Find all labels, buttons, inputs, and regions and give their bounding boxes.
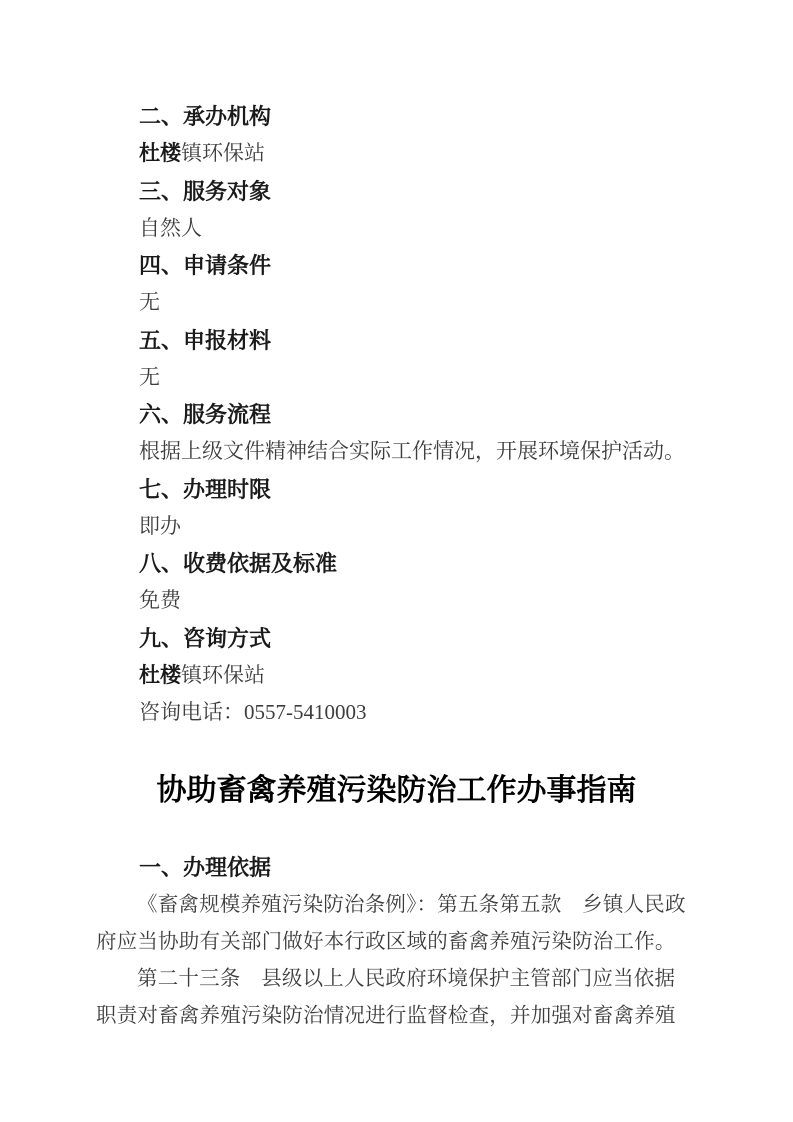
section-value-consult-agency: 杜楼镇环保站: [96, 657, 697, 694]
section-heading-basis: 一、办理依据: [96, 849, 697, 886]
agency-name-rest: 镇环保站: [181, 141, 265, 165]
section-value-apply-conditions: 无: [96, 284, 697, 321]
section-value-consult-phone: 咨询电话：0557-5410003: [96, 694, 697, 731]
section-value-materials: 无: [96, 359, 697, 396]
section-heading-5: 五、申报材料: [96, 322, 697, 359]
document-page: { "colors": { "background": "#ffffff", "…: [0, 0, 793, 1122]
section-heading-2: 二、承办机构: [96, 98, 697, 135]
section-value-agency: 杜楼镇环保站: [96, 135, 697, 172]
section-value-service-target: 自然人: [96, 210, 697, 247]
legal-paragraph-2: 第二十三条 县级以上人民政府环境保护主管部门应当依据 职责对畜禽养殖污染防治情况…: [96, 961, 697, 1036]
doc-title: 协助畜禽养殖污染防治工作办事指南: [96, 773, 697, 809]
section-heading-8: 八、收费依据及标准: [96, 545, 697, 582]
document-body: 二、承办机构 杜楼镇环保站 三、服务对象 自然人 四、申请条件 无 五、申报材料…: [96, 98, 697, 1036]
legal-paragraph-1: 《畜禽规模养殖污染防治条例》：第五条第五款 乡镇人民政 府应当协助有关部门做好本…: [96, 887, 697, 962]
section-heading-4: 四、申请条件: [96, 247, 697, 284]
legal-paragraph-line: 府应当协助有关部门做好本行政区域的畜禽养殖污染防治工作。: [96, 924, 697, 961]
section-heading-3: 三、服务对象: [96, 173, 697, 210]
section-value-fee: 免费: [96, 582, 697, 619]
legal-paragraph-line: 《畜禽规模养殖污染防治条例》：第五条第五款 乡镇人民政: [96, 887, 697, 924]
consult-agency-bold: 杜楼: [139, 664, 181, 687]
legal-paragraph-line: 第二十三条 县级以上人民政府环境保护主管部门应当依据: [96, 961, 697, 998]
section-heading-6: 六、服务流程: [96, 396, 697, 433]
section-heading-9: 九、咨询方式: [96, 620, 697, 657]
section-value-process: 根据上级文件精神结合实际工作情况，开展环境保护活动。: [96, 433, 697, 470]
section-value-time-limit: 即办: [96, 508, 697, 545]
legal-paragraph-line: 职责对畜禽养殖污染防治情况进行监督检查，并加强对畜禽养殖: [96, 998, 697, 1035]
consult-agency-rest: 镇环保站: [181, 663, 265, 687]
section-heading-7: 七、办理时限: [96, 471, 697, 508]
agency-name-bold: 杜楼: [139, 142, 181, 165]
